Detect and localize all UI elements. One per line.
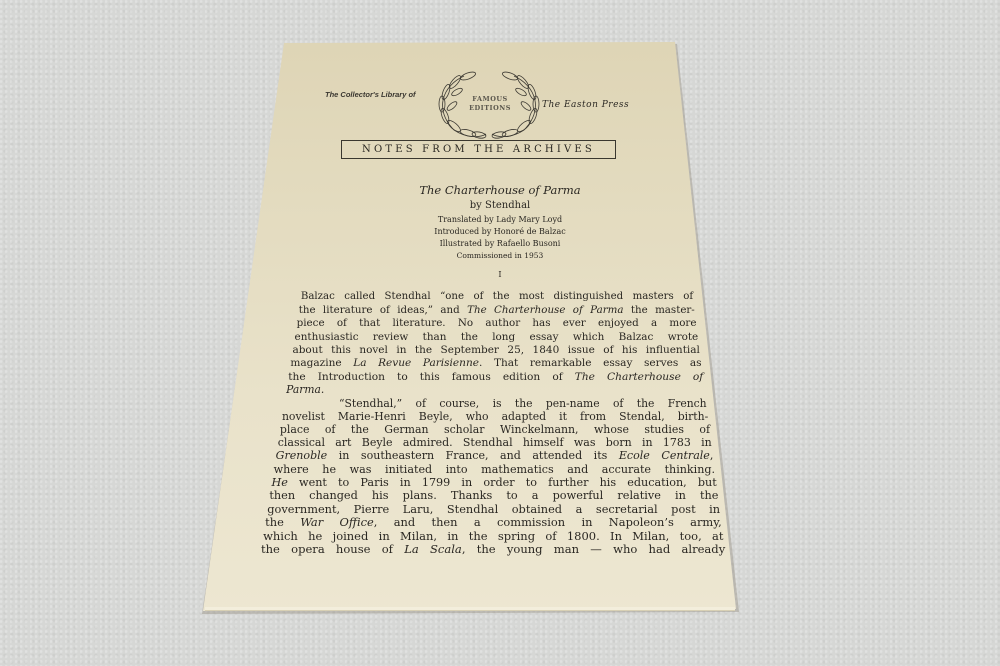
book-illustrator: Illustrated by Rafaello Busoni	[380, 239, 620, 248]
body-line: about this novel in the September 25, 18…	[292, 344, 699, 356]
body-line: Parma.	[286, 383, 324, 396]
logo-famous: FAMOUS	[458, 95, 522, 103]
logo-editions: EDITIONS	[458, 104, 522, 112]
body-line: then changed his plans. Thanks to a powe…	[269, 489, 718, 502]
body-line: Grenoble in southeastern France, and att…	[276, 449, 714, 462]
body-line: which he joined in Milan, in the spring …	[263, 529, 723, 543]
body-line: Balzac called Stendhal “one of the most …	[301, 291, 693, 302]
body-line: the War Office, and then a commission in…	[265, 515, 722, 529]
body-line: where he was initiated into mathematics …	[274, 463, 716, 476]
paper-bottom-edge	[205, 607, 735, 611]
body-line: magazine La Revue Parisienne. That remar…	[290, 357, 701, 369]
section-title: NOTES FROM THE ARCHIVES	[362, 144, 595, 155]
body-line: the Introduction to this famous edition …	[288, 370, 703, 383]
book-title: The Charterhouse of Parma	[380, 183, 620, 197]
body-line: the opera house of La Scala, the young m…	[261, 542, 725, 556]
book-author: by Stendhal	[380, 200, 620, 211]
book-introduction: Introduced by Honoré de Balzac	[380, 227, 620, 236]
book-translator: Translated by Lady Mary Loyd	[380, 215, 620, 224]
body-line: place of the German scholar Winckelmann,…	[280, 423, 710, 436]
easton-press-signature: The Easton Press	[542, 100, 629, 110]
body-line: “Stendhal,” of course, is the pen-name o…	[339, 397, 707, 410]
body-line: classical art Beyle admired. Stendhal hi…	[278, 436, 712, 449]
body-line: government, Pierre Laru, Stendhal obtain…	[267, 502, 720, 516]
collectors-library-text: The Collector's Library of	[325, 90, 416, 99]
body-line: enthusiastic review than the long essay …	[295, 331, 699, 343]
body-line: He went to Paris in 1799 in order to fur…	[271, 476, 716, 489]
section-title-box: NOTES FROM THE ARCHIVES	[341, 140, 616, 159]
chapter-number: I	[460, 270, 540, 279]
body-line: the literature of ideas,” and The Charte…	[299, 304, 695, 316]
book-commissioned: Commissioned in 1953	[380, 251, 620, 260]
body-line: novelist Marie-Henri Beyle, who adapted …	[282, 410, 708, 423]
body-line: piece of that literature. No author has …	[297, 317, 697, 329]
